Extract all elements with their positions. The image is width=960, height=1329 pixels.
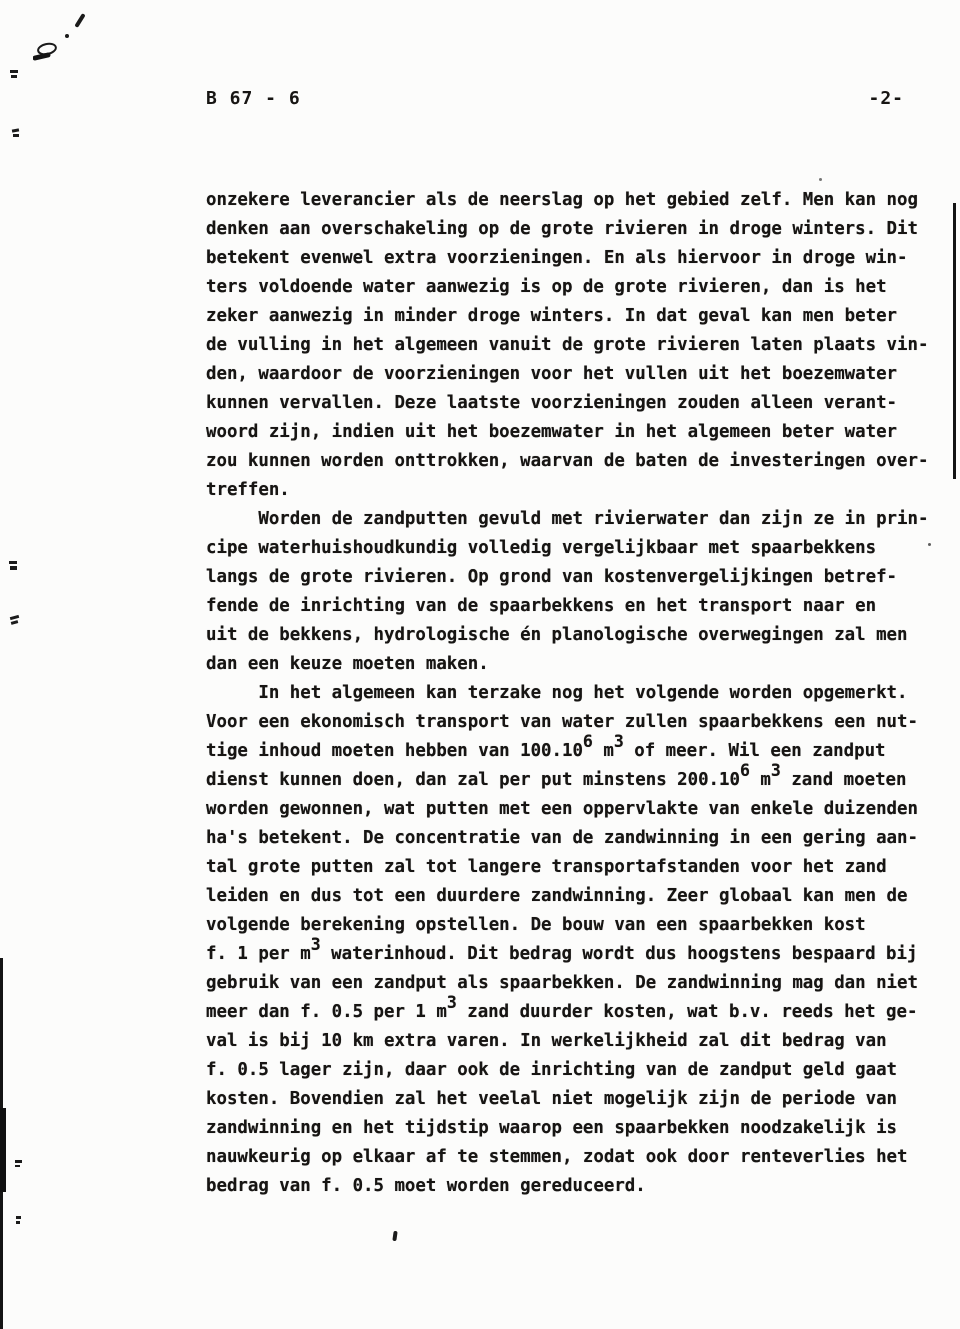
- text-line: dienst kunnen doen, dan zal per put mins…: [206, 766, 946, 795]
- text-line: onzekere leverancier als de neerslag op …: [206, 186, 946, 215]
- handwritten-mark: [33, 41, 59, 63]
- text-line: den, waardoor de voorzieningen voor het …: [206, 360, 946, 389]
- ink-mark: [15, 1160, 22, 1163]
- document-page: B 67 - 6 -2- onzekere leverancier als de…: [0, 0, 960, 1329]
- ink-mark: [16, 1221, 20, 1224]
- text-line: worden gewonnen, wat putten met een oppe…: [206, 795, 946, 824]
- ink-mark: [11, 620, 19, 625]
- ink-mark: [12, 128, 19, 132]
- ink-mark: [10, 566, 17, 570]
- text-line: f. 1 per m3 waterinhoud. Dit bedrag word…: [206, 940, 946, 969]
- ink-mark: [10, 70, 18, 73]
- text-line: gebruik van een zandput als spaarbekken.…: [206, 969, 946, 998]
- text-line: fende de inrichting van de spaarbekkens …: [206, 592, 946, 621]
- ink-mark: [74, 13, 85, 28]
- text-line: denken aan overschakeling op de grote ri…: [206, 215, 946, 244]
- body-text: onzekere leverancier als de neerslag op …: [206, 186, 946, 1201]
- text-line: leiden en dus tot een duurdere zandwinni…: [206, 882, 946, 911]
- ink-mark: [15, 1165, 20, 1167]
- text-line: Worden de zandputten gevuld met rivierwa…: [206, 505, 946, 534]
- page-header: B 67 - 6 -2-: [206, 88, 904, 109]
- text-line: zou kunnen worden onttrokken, waarvan de…: [206, 447, 946, 476]
- text-line: uit de bekkens, hydrologische én planolo…: [206, 621, 946, 650]
- ink-mark: [13, 134, 19, 137]
- doc-reference: B 67 - 6: [206, 88, 301, 109]
- text-line: kosten. Bovendien zal het veelal niet mo…: [206, 1085, 946, 1114]
- ink-mark: [9, 561, 17, 564]
- text-line: nauwkeurig op elkaar af te stemmen, zoda…: [206, 1143, 946, 1172]
- text-line: val is bij 10 km extra varen. In werkeli…: [206, 1027, 946, 1056]
- ink-mark: [392, 1231, 397, 1241]
- text-line: dan een keuze moeten maken.: [206, 650, 946, 679]
- ink-mark: [65, 34, 69, 38]
- text-line: In het algemeen kan terzake nog het volg…: [206, 679, 946, 708]
- text-line: kunnen vervallen. Deze laatste voorzieni…: [206, 389, 946, 418]
- text-line: langs de grote rivieren. Op grond van ko…: [206, 563, 946, 592]
- text-line: betekent evenwel extra voorzieningen. En…: [206, 244, 946, 273]
- ink-mark: [11, 75, 17, 78]
- text-line: f. 0.5 lager zijn, daar ook de inrichtin…: [206, 1056, 946, 1085]
- text-line: zandwinning en het tijdstip waarop een s…: [206, 1114, 946, 1143]
- scan-edge-line-left-thick: [0, 1108, 6, 1192]
- text-line: tige inhoud moeten hebben van 100.106 m3…: [206, 737, 946, 766]
- ink-mark: [819, 178, 822, 181]
- text-line: woord zijn, indien uit het boezemwater i…: [206, 418, 946, 447]
- text-line: ters voldoende water aanwezig is op de g…: [206, 273, 946, 302]
- ink-mark: [10, 615, 19, 620]
- ink-mark: [16, 1216, 21, 1219]
- text-line: meer dan f. 0.5 per 1 m3 zand duurder ko…: [206, 998, 946, 1027]
- ink-mark: [928, 543, 931, 546]
- text-line: tal grote putten zal tot langere transpo…: [206, 853, 946, 882]
- text-line: Voor een ekonomisch transport van water …: [206, 708, 946, 737]
- text-line: ha's betekent. De concentratie van de za…: [206, 824, 946, 853]
- text-line: bedrag van f. 0.5 moet worden gereduceer…: [206, 1172, 946, 1201]
- text-line: cipe waterhuishoudkundig volledig vergel…: [206, 534, 946, 563]
- text-line: zeker aanwezig in minder droge winters. …: [206, 302, 946, 331]
- text-line: treffen.: [206, 476, 946, 505]
- page-number: -2-: [868, 88, 904, 109]
- text-line: de vulling in het algemeen vanuit de gro…: [206, 331, 946, 360]
- scan-edge-line-right: [953, 203, 956, 479]
